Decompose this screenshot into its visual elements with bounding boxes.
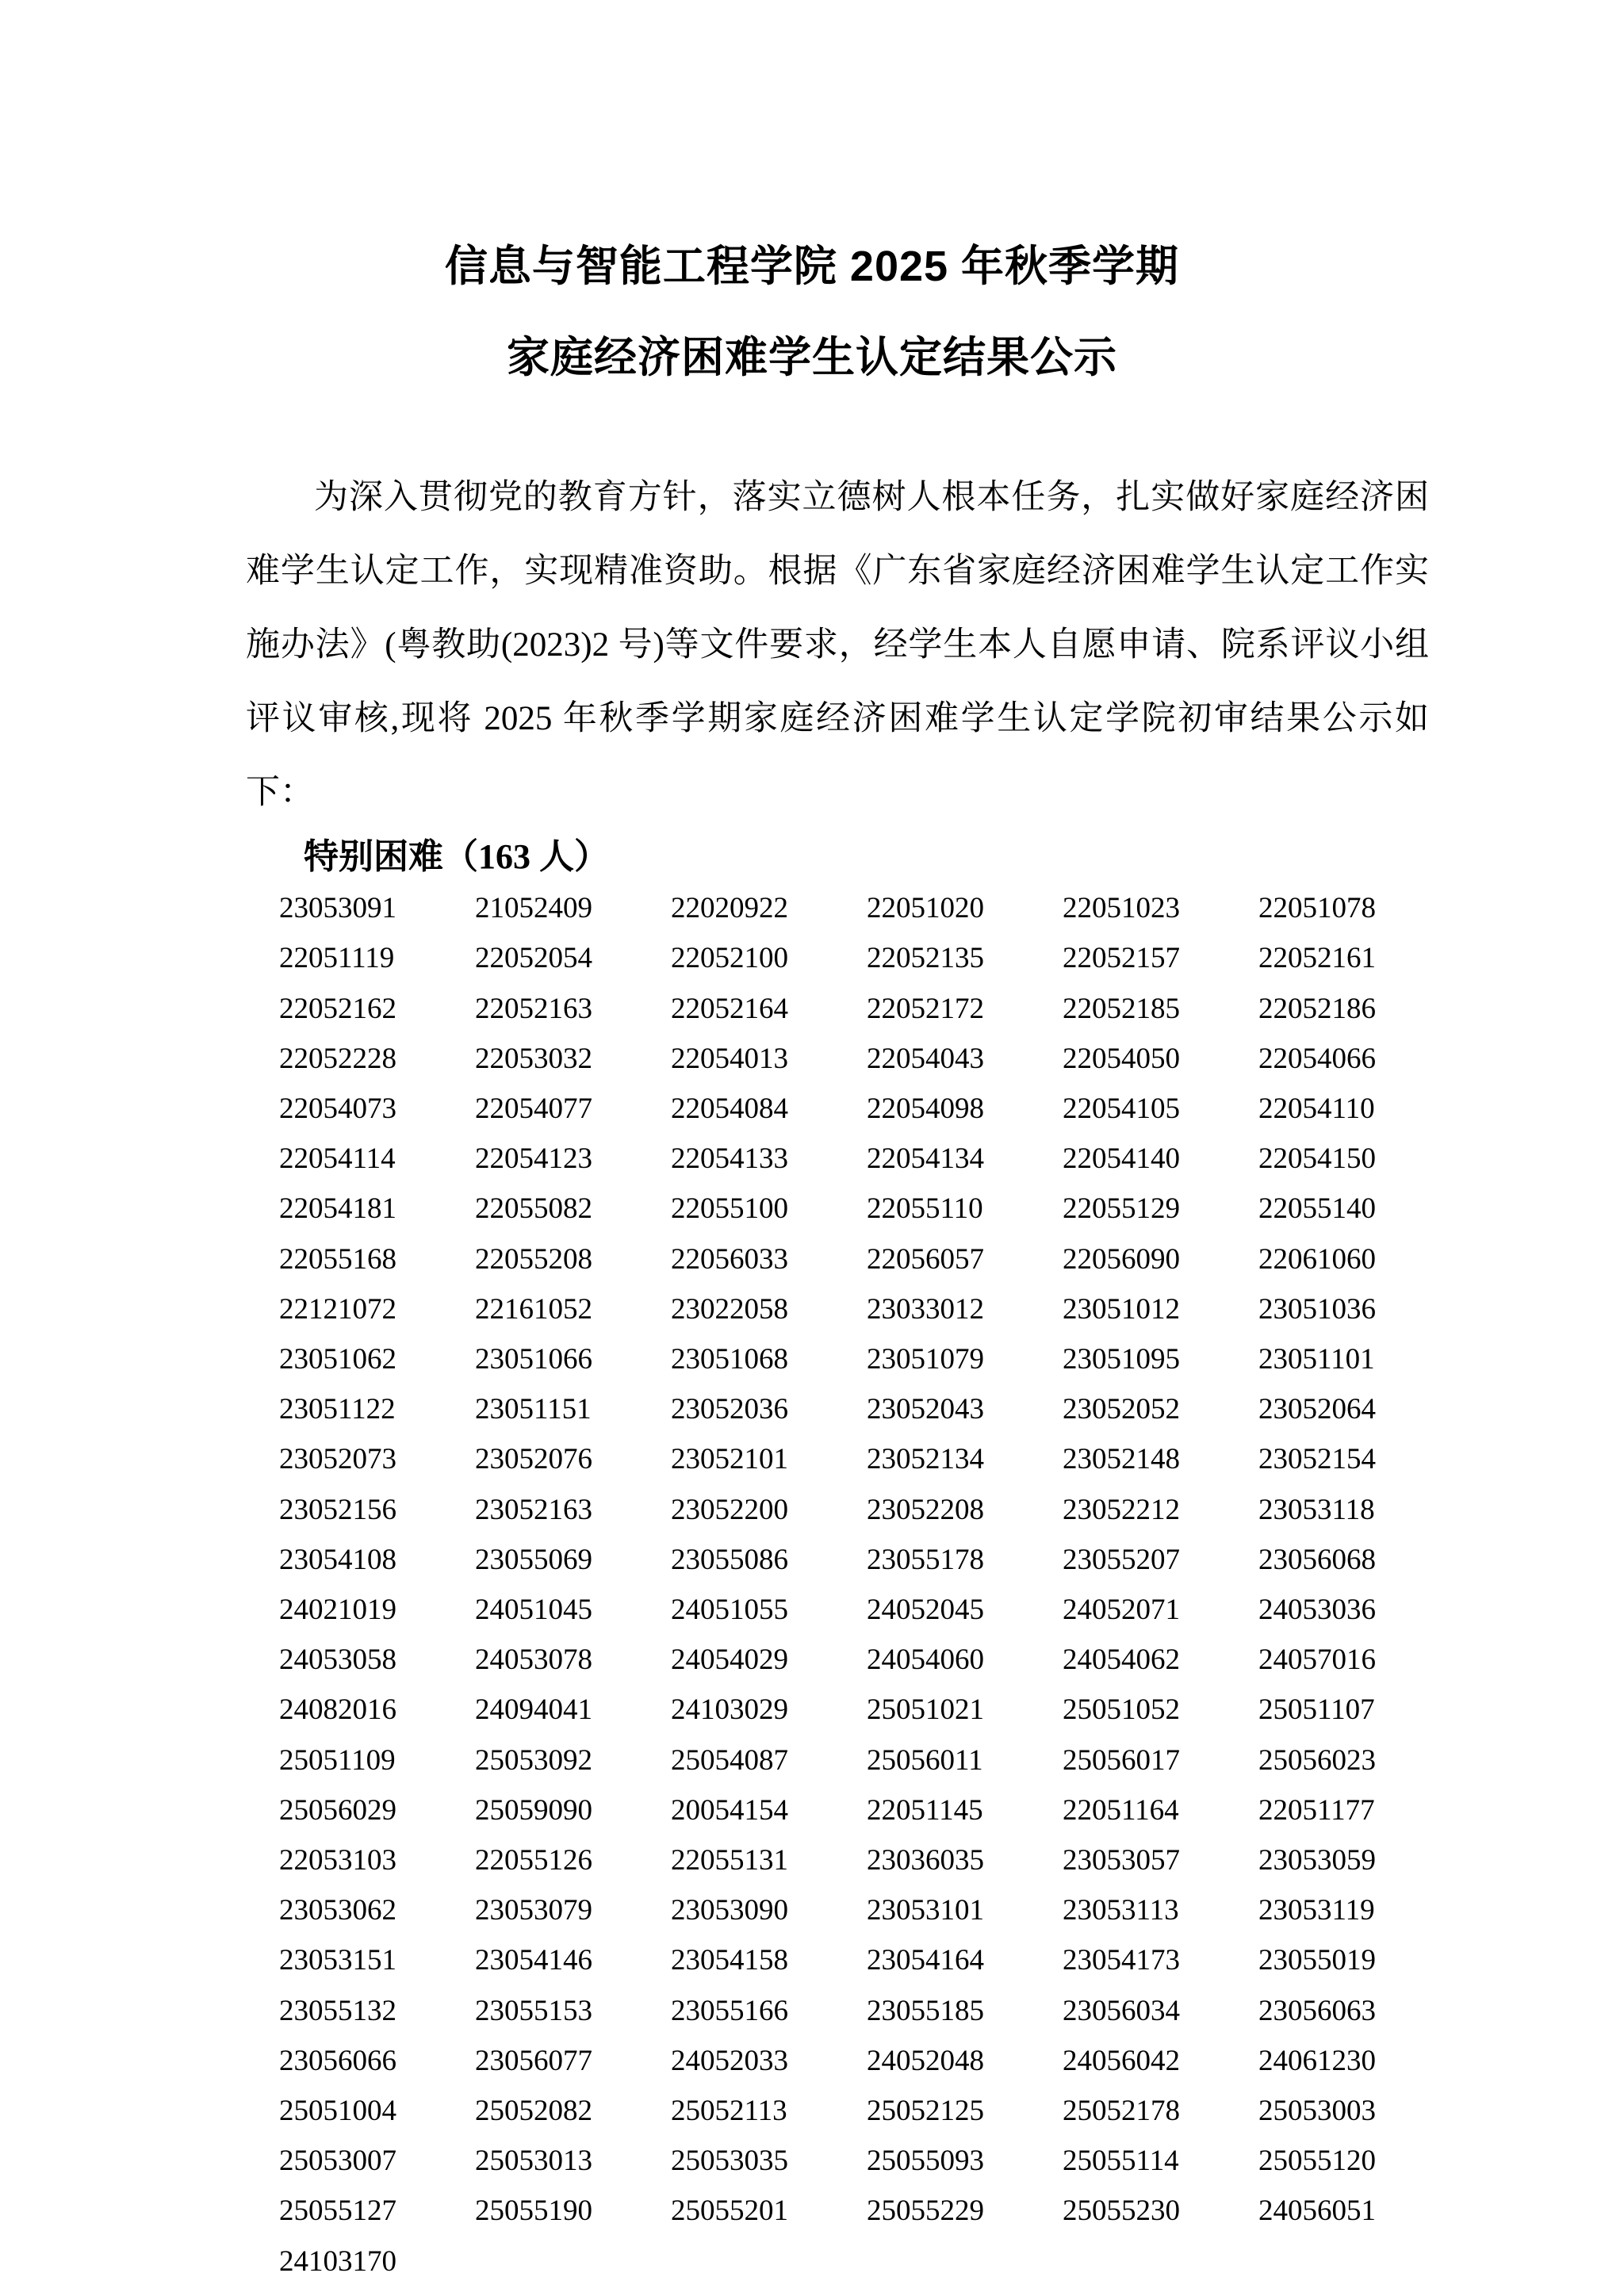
student-id: 25059090 [475, 1785, 671, 1835]
student-id: 25056011 [867, 1735, 1063, 1785]
student-id: 22053032 [475, 1034, 671, 1084]
student-id: 23053101 [867, 1885, 1063, 1935]
student-id: 22055208 [475, 1234, 671, 1284]
student-id: 22054140 [1063, 1134, 1258, 1184]
student-id: 24057016 [1258, 1635, 1454, 1685]
student-id: 23052154 [1258, 1434, 1454, 1484]
student-id: 22054013 [671, 1034, 867, 1084]
student-id: 25056029 [279, 1785, 475, 1835]
student-id: 23033012 [867, 1284, 1063, 1334]
student-id: 25056023 [1258, 1735, 1454, 1785]
student-id: 22054110 [1258, 1084, 1454, 1134]
student-id: 22055168 [279, 1234, 475, 1284]
student-id-grid: 2305309121052409220209222205102022051023… [279, 883, 1624, 2286]
section-header-extreme-difficulty: 特别困难（163 人） [304, 837, 1624, 877]
student-id: 23056034 [1063, 1986, 1258, 2036]
student-id: 24052033 [671, 2036, 867, 2086]
student-id: 21052409 [475, 883, 671, 933]
student-id: 22055082 [475, 1184, 671, 1234]
student-id: 23051062 [279, 1334, 475, 1384]
student-id: 24053058 [279, 1635, 475, 1685]
student-id: 22054066 [1258, 1034, 1454, 1084]
student-id: 24054029 [671, 1635, 867, 1685]
student-id: 22052186 [1258, 984, 1454, 1034]
student-id: 25052125 [867, 2086, 1063, 2136]
student-id: 24051055 [671, 1585, 867, 1635]
student-id: 25051052 [1063, 1685, 1258, 1735]
student-id: 25056017 [1063, 1735, 1258, 1785]
student-id: 22054084 [671, 1084, 867, 1134]
student-id: 22051020 [867, 883, 1063, 933]
student-id: 22052164 [671, 984, 867, 1034]
student-id: 23052073 [279, 1434, 475, 1484]
student-id: 24103170 [279, 2237, 475, 2286]
student-id: 23053079 [475, 1885, 671, 1935]
student-id: 23055166 [671, 1986, 867, 2036]
student-id: 24052071 [1063, 1585, 1258, 1635]
student-id: 25053007 [279, 2136, 475, 2186]
student-id: 23052076 [475, 1434, 671, 1484]
student-id: 25053035 [671, 2136, 867, 2186]
student-id: 23053091 [279, 883, 475, 933]
student-id: 23053118 [1258, 1485, 1454, 1535]
student-id: 22054077 [475, 1084, 671, 1134]
title-line-2: 家庭经济困难学生认定结果公示 [0, 312, 1624, 404]
student-id: 25051109 [279, 1735, 475, 1785]
student-id: 25055201 [671, 2186, 867, 2236]
student-id: 23051101 [1258, 1334, 1454, 1384]
student-id: 22051145 [867, 1785, 1063, 1835]
student-id: 25055127 [279, 2186, 475, 2236]
student-id: 24051045 [475, 1585, 671, 1635]
student-id: 23053090 [671, 1885, 867, 1935]
student-id: 22161052 [475, 1284, 671, 1334]
student-id: 25051004 [279, 2086, 475, 2136]
student-id: 23051095 [1063, 1334, 1258, 1384]
student-id: 23051079 [867, 1334, 1063, 1384]
student-id: 23055207 [1063, 1535, 1258, 1585]
student-id: 25051021 [867, 1685, 1063, 1735]
student-id: 22020922 [671, 883, 867, 933]
student-id: 23052043 [867, 1384, 1063, 1434]
student-id: 23036035 [867, 1835, 1063, 1885]
student-id: 22052172 [867, 984, 1063, 1034]
student-id: 23052101 [671, 1434, 867, 1484]
student-id: 25052113 [671, 2086, 867, 2136]
student-id: 22055140 [1258, 1184, 1454, 1234]
student-id: 23053059 [1258, 1835, 1454, 1885]
student-id: 23052036 [671, 1384, 867, 1434]
student-id: 22055100 [671, 1184, 867, 1234]
student-id: 24054060 [867, 1635, 1063, 1685]
student-id: 22055126 [475, 1835, 671, 1885]
student-id: 20054154 [671, 1785, 867, 1835]
student-id: 25055093 [867, 2136, 1063, 2186]
student-id: 22052161 [1258, 933, 1454, 983]
student-id: 23053113 [1063, 1885, 1258, 1935]
student-id: 25055190 [475, 2186, 671, 2236]
student-id: 23056077 [475, 2036, 671, 2086]
student-id: 23055069 [475, 1535, 671, 1585]
student-id: 22052135 [867, 933, 1063, 983]
intro-paragraph: 为深入贯彻党的教育方针，落实立德树人根本任务，扎实做好家庭经济困难学生认定工作，… [246, 461, 1429, 829]
student-id: 22055110 [867, 1184, 1063, 1234]
student-id: 23051151 [475, 1384, 671, 1434]
student-id: 22054105 [1063, 1084, 1258, 1134]
student-id: 23052200 [671, 1485, 867, 1535]
student-id: 22053103 [279, 1835, 475, 1885]
student-id: 25055229 [867, 2186, 1063, 2236]
student-id: 24054062 [1063, 1635, 1258, 1685]
student-id: 24094041 [475, 1685, 671, 1735]
student-id: 22054114 [279, 1134, 475, 1184]
student-id: 23053057 [1063, 1835, 1258, 1885]
student-id: 22054123 [475, 1134, 671, 1184]
student-id: 25052178 [1063, 2086, 1258, 2136]
student-id: 25055114 [1063, 2136, 1258, 2186]
student-id: 22056057 [867, 1234, 1063, 1284]
student-id: 23051122 [279, 1384, 475, 1434]
student-id: 24053036 [1258, 1585, 1454, 1635]
student-id: 23054173 [1063, 1935, 1258, 1985]
student-id: 23052134 [867, 1434, 1063, 1484]
student-id: 23051068 [671, 1334, 867, 1384]
student-id: 24053078 [475, 1635, 671, 1685]
student-id: 22052228 [279, 1034, 475, 1084]
student-id: 23022058 [671, 1284, 867, 1334]
document-title: 信息与智能工程学院 2025 年秋季学期 家庭经济困难学生认定结果公示 [0, 29, 1624, 404]
student-id: 24061230 [1258, 2036, 1454, 2086]
student-id: 23056068 [1258, 1535, 1454, 1585]
student-id: 22054098 [867, 1084, 1063, 1134]
student-id: 22054133 [671, 1134, 867, 1184]
student-id: 22051164 [1063, 1785, 1258, 1835]
student-id: 23051066 [475, 1334, 671, 1384]
student-id: 23052064 [1258, 1384, 1454, 1434]
student-id: 22054050 [1063, 1034, 1258, 1084]
student-id: 25051107 [1258, 1685, 1454, 1735]
student-id: 25052082 [475, 2086, 671, 2136]
student-id: 23056063 [1258, 1986, 1454, 2036]
title-line-1: 信息与智能工程学院 2025 年秋季学期 [0, 221, 1624, 312]
student-id: 23051036 [1258, 1284, 1454, 1334]
student-id: 25055120 [1258, 2136, 1454, 2186]
student-id: 22052162 [279, 984, 475, 1034]
student-id: 25053092 [475, 1735, 671, 1785]
student-id: 24056051 [1258, 2186, 1454, 2236]
student-id: 24052048 [867, 2036, 1063, 2086]
student-id: 22056033 [671, 1234, 867, 1284]
document-page: 信息与智能工程学院 2025 年秋季学期 家庭经济困难学生认定结果公示 为深入贯… [0, 0, 1624, 2296]
student-id: 23056066 [279, 2036, 475, 2086]
student-id: 23055178 [867, 1535, 1063, 1585]
student-id: 23053119 [1258, 1885, 1454, 1935]
student-id: 23054164 [867, 1935, 1063, 1985]
student-id: 22051177 [1258, 1785, 1454, 1835]
student-id: 22052163 [475, 984, 671, 1034]
student-id: 23052163 [475, 1485, 671, 1535]
student-id: 24021019 [279, 1585, 475, 1635]
student-id: 24082016 [279, 1685, 475, 1735]
student-id: 22051119 [279, 933, 475, 983]
student-id: 25053013 [475, 2136, 671, 2186]
student-id: 23052208 [867, 1485, 1063, 1535]
student-id: 22061060 [1258, 1234, 1454, 1284]
student-id: 23053062 [279, 1885, 475, 1935]
student-id: 23054146 [475, 1935, 671, 1985]
student-id: 22054073 [279, 1084, 475, 1134]
student-id: 23054158 [671, 1935, 867, 1985]
student-id: 22054134 [867, 1134, 1063, 1184]
student-id: 22056090 [1063, 1234, 1258, 1284]
student-id: 23055086 [671, 1535, 867, 1585]
student-id: 22054181 [279, 1184, 475, 1234]
student-id: 23052156 [279, 1485, 475, 1535]
student-id: 25054087 [671, 1735, 867, 1785]
student-id: 23053151 [279, 1935, 475, 1985]
student-id: 22051078 [1258, 883, 1454, 933]
student-id: 22054043 [867, 1034, 1063, 1084]
student-id: 22052185 [1063, 984, 1258, 1034]
student-id: 23052148 [1063, 1434, 1258, 1484]
student-id: 23052052 [1063, 1384, 1258, 1434]
student-id: 23055132 [279, 1986, 475, 2036]
student-id: 22055131 [671, 1835, 867, 1885]
student-id: 24056042 [1063, 2036, 1258, 2086]
student-id: 22054150 [1258, 1134, 1454, 1184]
student-id: 22055129 [1063, 1184, 1258, 1234]
student-id: 22052157 [1063, 933, 1258, 983]
student-id: 23052212 [1063, 1485, 1258, 1535]
student-id: 22051023 [1063, 883, 1258, 933]
student-id: 25053003 [1258, 2086, 1454, 2136]
student-id: 23054108 [279, 1535, 475, 1585]
student-id: 24103029 [671, 1685, 867, 1735]
student-id: 23051012 [1063, 1284, 1258, 1334]
student-id: 22052054 [475, 933, 671, 983]
student-id: 22121072 [279, 1284, 475, 1334]
student-id: 23055185 [867, 1986, 1063, 2036]
student-id: 24052045 [867, 1585, 1063, 1635]
student-id: 23055019 [1258, 1935, 1454, 1985]
student-id: 23055153 [475, 1986, 671, 2036]
student-id: 22052100 [671, 933, 867, 983]
student-id: 25055230 [1063, 2186, 1258, 2236]
